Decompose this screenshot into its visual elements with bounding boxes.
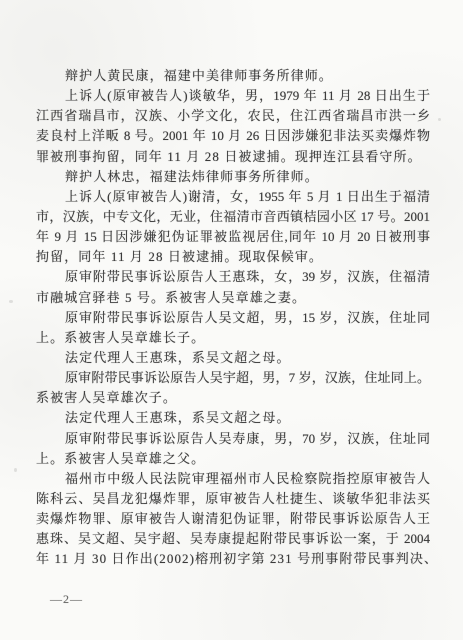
document-line: 麦良村上洋畈 8 号。2001 年 10 月 26 日因涉嫌犯非法买卖爆炸物 <box>36 126 430 146</box>
document-page: 辩护人黄民康，福建中美律师事务所律师。上诉人(原审被告人)谈敏华，男，1979 … <box>0 0 463 640</box>
document-line: 江西省瑞昌市，汉族、小学文化，农民，住江西省瑞昌市洪一乡 <box>36 106 430 126</box>
document-line: 法定代理人王惠珠，系吴文超之母。 <box>36 408 430 428</box>
document-line: 辩护人林忠，福建法炜律师事务所律师。 <box>36 167 430 187</box>
document-line: 罪被刑事拘留，同年 11 月 28 日被逮捕。现押连江县看守所。 <box>36 147 430 167</box>
document-line: 卖爆炸物罪、原审被告人谢清犯伪证罪，附带民事诉讼原告人王 <box>36 509 430 529</box>
document-line: 上诉人(原审被告人)谈敏华，男，1979 年 11 月 28 日出生于 <box>36 86 430 106</box>
document-line: 年 11 月 30 日作出(2002)榕刑初字第 231 号刑事附带民事判决、 <box>36 549 430 569</box>
document-line: 市融城宫驿巷 5 号。系被害人吴章雄之妻。 <box>36 288 430 308</box>
document-line: 原审附带民事诉讼原告人吴文超，男，15 岁，汉族，住址同 <box>36 308 430 328</box>
document-line: 辩护人黄民康，福建中美律师事务所律师。 <box>36 66 430 86</box>
document-line: 福州市中级人民法院审理福州市人民检察院指控原审被告人 <box>36 469 430 489</box>
scan-speckle <box>14 468 17 472</box>
document-line: 上诉人(原审被告人)谢清，女，1955 年 5 月 1 日出生于福清 <box>36 187 430 207</box>
document-line: 系被害人吴章雄次子。 <box>36 388 430 408</box>
document-line: 原审附带民事诉讼原告人王惠珠，女，39 岁，汉族，住福清 <box>36 267 430 287</box>
document-text: 辩护人黄民康，福建中美律师事务所律师。上诉人(原审被告人)谈敏华，男，1979 … <box>36 66 430 570</box>
document-line: 原审附带民事诉讼原告人吴寿康，男，70 岁，汉族，住址同 <box>36 429 430 449</box>
document-line: 陈科云、吴昌龙犯爆炸罪，原审被告人杜捷生、谈敏华犯非法买 <box>36 489 430 509</box>
page-number: —2— <box>50 592 83 607</box>
document-line: 拘留，同年 11 月 28 日被逮捕。现取保候审。 <box>36 247 430 267</box>
document-line: 原审附带民事诉讼原告人吴宇超，男，7 岁，汉族，住址同上。 <box>36 368 430 388</box>
scan-speckle <box>9 300 13 303</box>
document-line: 年 9 月 15 日因涉嫌犯伪证罪被监视居住,同年 10 月 20 日被刑事 <box>36 227 430 247</box>
scan-speckle <box>438 118 441 121</box>
document-line: 市，汉族，中专文化，无业，住福清市音西镇桔园小区 17 号。2001 <box>36 207 430 227</box>
document-line: 法定代理人王惠珠，系吴文超之母。 <box>36 348 430 368</box>
document-line: 上。系被害人吴章雄之父。 <box>36 449 430 469</box>
document-line: 上。系被害人吴章雄长子。 <box>36 328 430 348</box>
document-line: 惠珠、吴文超、吴宇超、吴寿康提起附带民事诉讼一案，于 2004 <box>36 529 430 549</box>
